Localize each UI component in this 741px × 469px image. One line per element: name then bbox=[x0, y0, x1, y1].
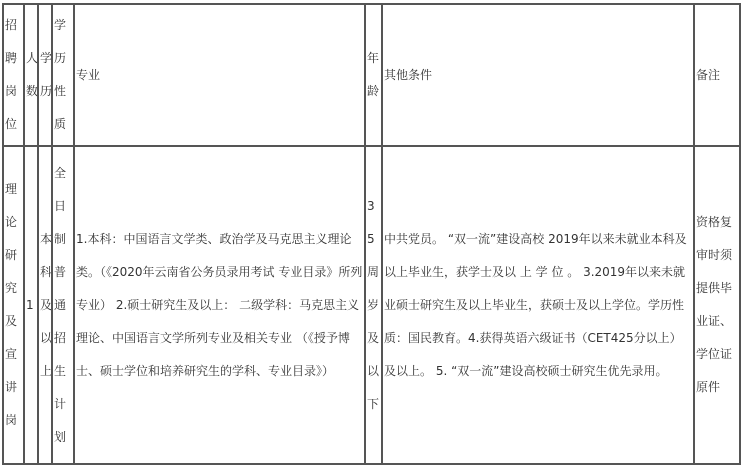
cell-major: 1.本科：中国语言文学类、政治学及马克思主义理论类。（《2020年云南省公务员录… bbox=[74, 146, 365, 464]
header-education-type: 学历性质 bbox=[52, 4, 74, 146]
cell-position: 理论研究及宣讲岗 bbox=[3, 146, 24, 464]
header-headcount: 人数 bbox=[24, 4, 38, 146]
header-notes: 备注 bbox=[694, 4, 740, 146]
cell-education: 本科及以上 bbox=[38, 146, 52, 464]
cell-education-type: 全日制普通招生计划 bbox=[52, 146, 74, 464]
cell-other-conditions: 中共党员。 “双一流”建设高校 2019年以来未就业本科及以上毕业生，获学士及以… bbox=[382, 146, 694, 464]
cell-notes: 资格复审时须提供毕业证、学位证原件 bbox=[694, 146, 740, 464]
header-other-conditions: 其他条件 bbox=[382, 4, 694, 146]
header-position: 招聘岗位 bbox=[3, 4, 24, 146]
cell-age: 35周岁及以下 bbox=[365, 146, 382, 464]
table-header-row: 招聘岗位 人数 学历 学历性质 专业 年龄 其他条件 备注 bbox=[3, 4, 740, 146]
table-row: 理论研究及宣讲岗 1 本科及以上 全日制普通招生计划 1.本科：中国语言文学类、… bbox=[3, 146, 740, 464]
header-education: 学历 bbox=[38, 4, 52, 146]
cell-headcount: 1 bbox=[24, 146, 38, 464]
recruitment-table: 招聘岗位 人数 学历 学历性质 专业 年龄 其他条件 备注 理论研究及宣讲岗 1… bbox=[2, 3, 741, 465]
header-age: 年龄 bbox=[365, 4, 382, 146]
header-major: 专业 bbox=[74, 4, 365, 146]
